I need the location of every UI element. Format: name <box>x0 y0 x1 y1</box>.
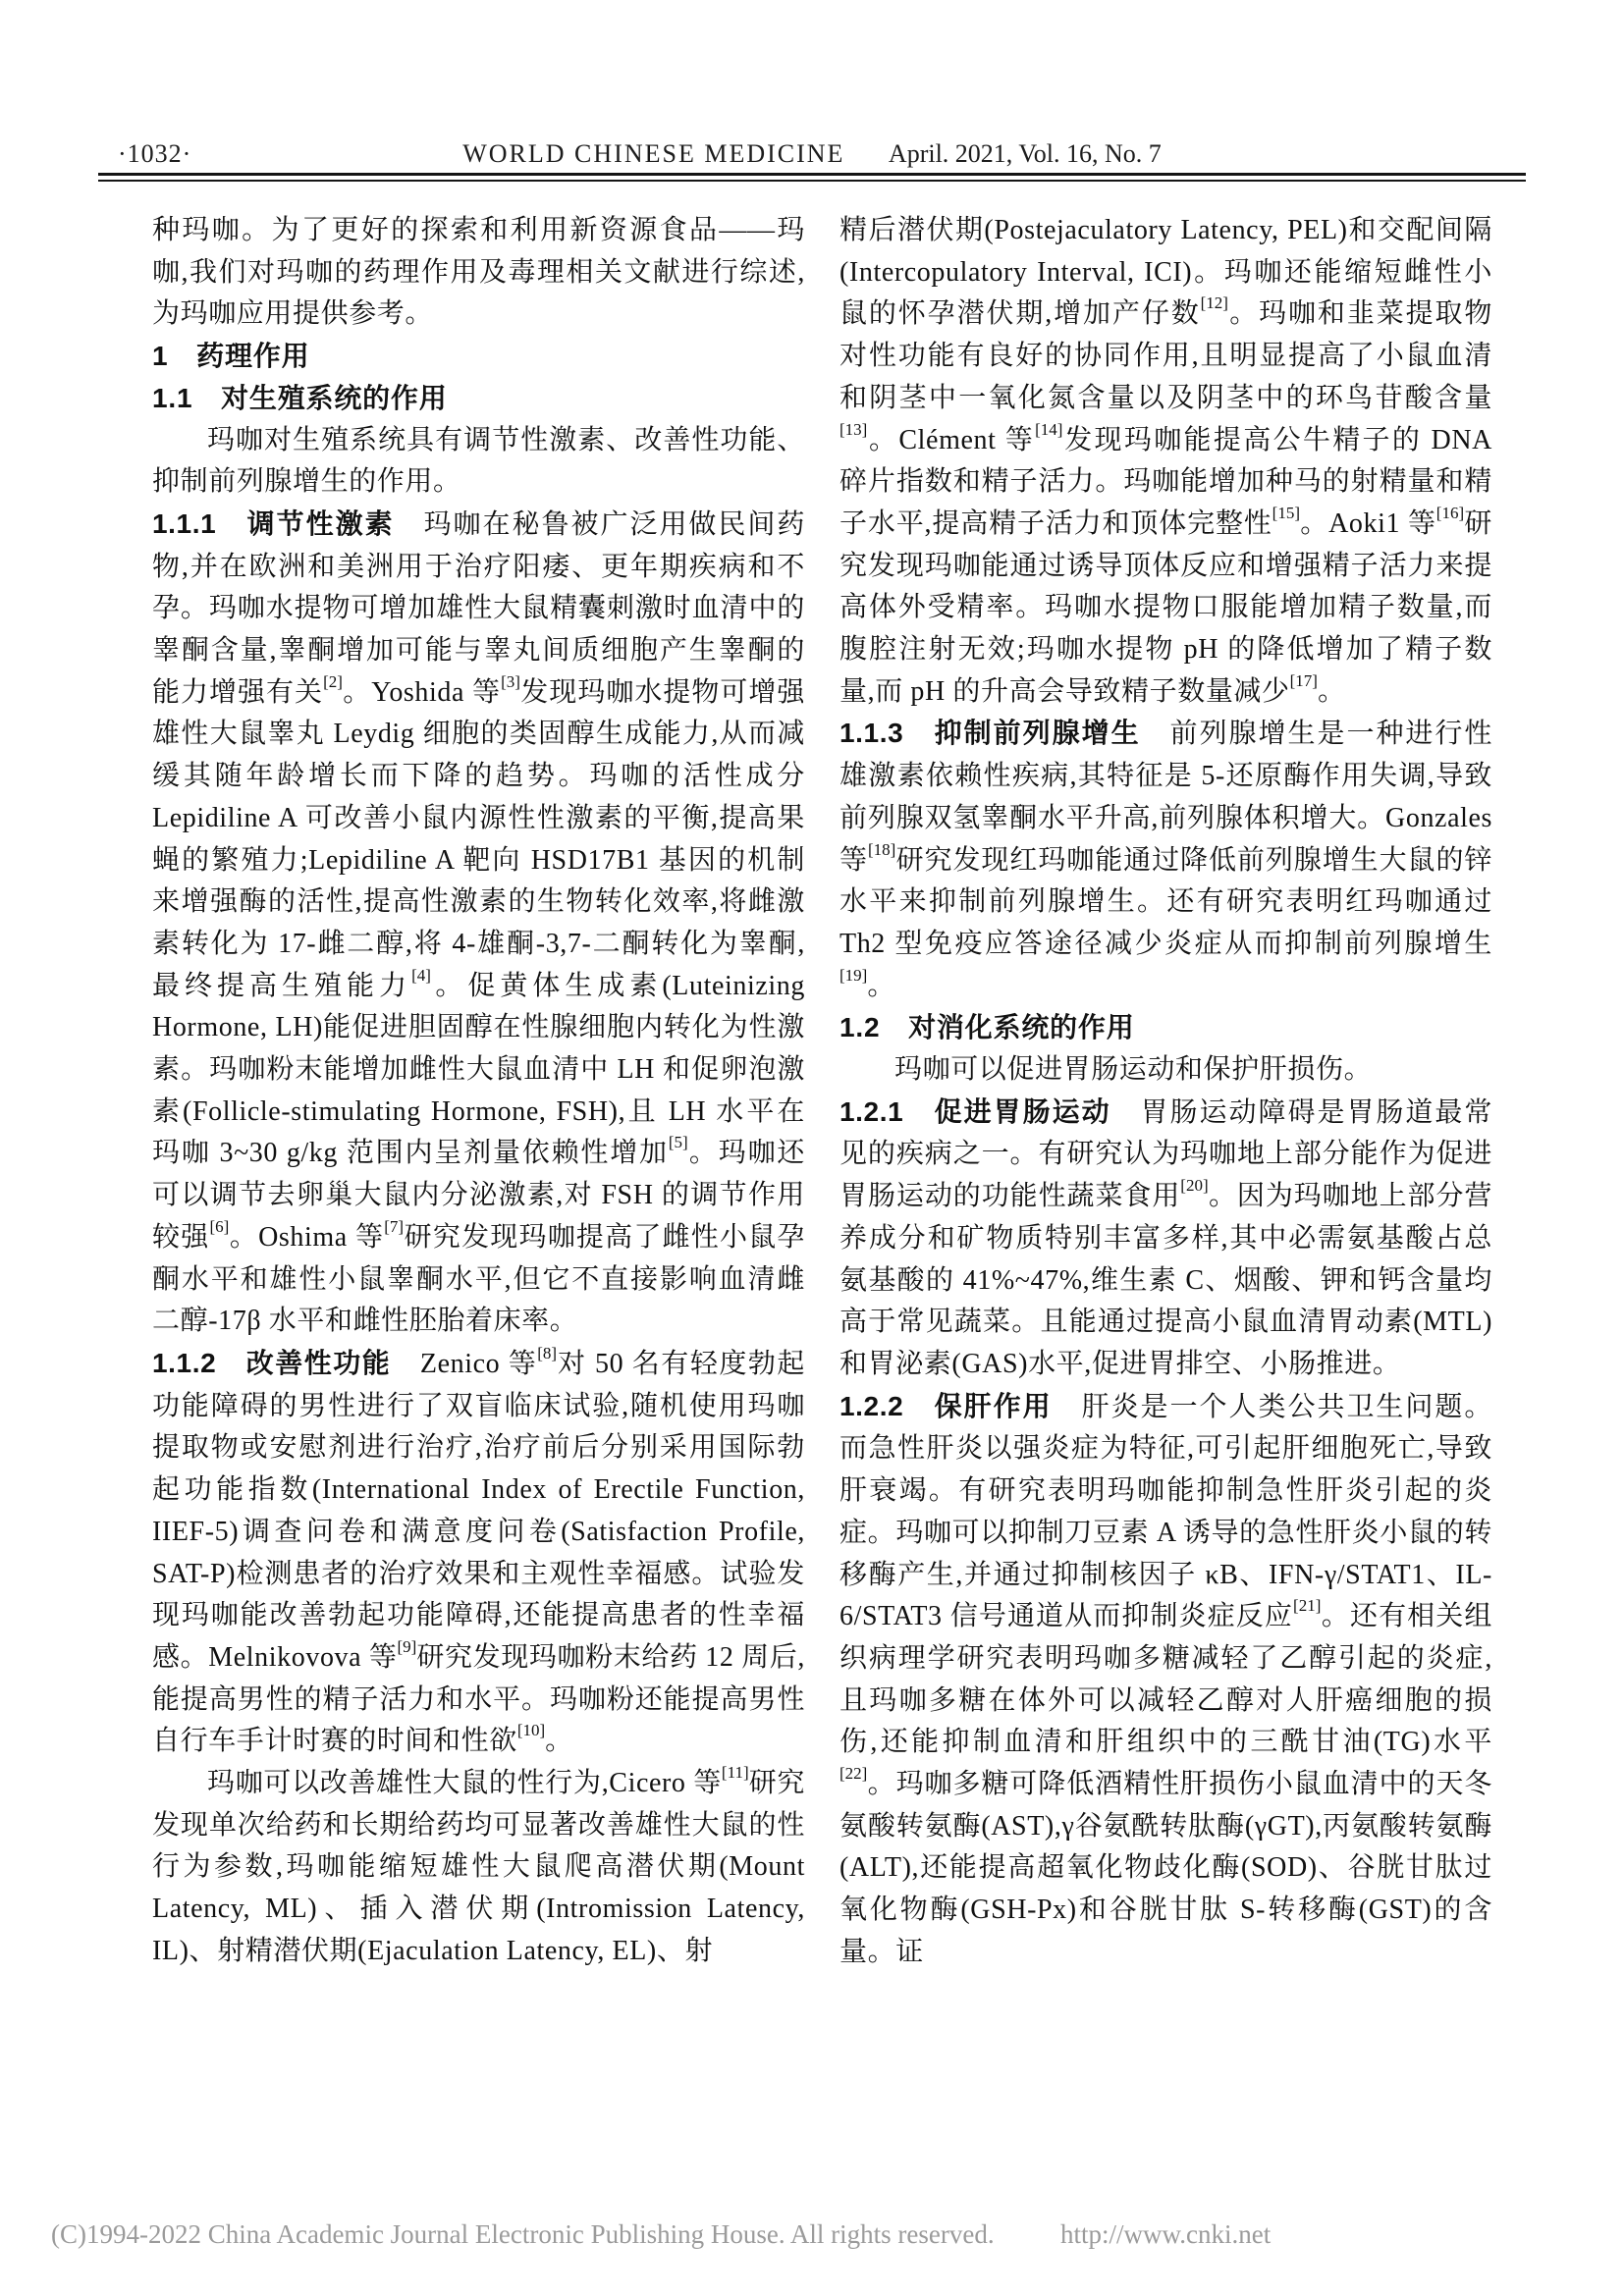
citation-reference: [5] <box>669 1133 688 1151</box>
inline-subsection-heading: 1.2.1 促进胃肠运动 <box>839 1096 1111 1127</box>
paragraph: 玛咖对生殖系统具有调节性激素、改善性功能、抑制前列腺增生的作用。 <box>152 420 805 504</box>
citation-reference: [16] <box>1436 504 1464 522</box>
scanned-paper-page: { "header": { "page_number": "·1032·", "… <box>0 0 1624 2296</box>
paragraph: 1.2.1 促进胃肠运动 胃肠运动障碍是胃肠道最常见的疾病之一。有研究认为玛咖地… <box>839 1092 1492 1386</box>
citation-reference: [14] <box>1035 420 1062 439</box>
inline-subsection-heading: 1.2.2 保肝作用 <box>839 1391 1053 1421</box>
citation-reference: [9] <box>397 1637 416 1656</box>
citation-reference: [22] <box>839 1764 867 1783</box>
journal-title: WORLD CHINESE MEDICINE <box>462 139 844 168</box>
citation-reference: [8] <box>537 1344 557 1362</box>
citation-reference: [11] <box>722 1763 749 1782</box>
paragraph: 种玛咖。为了更好的探索和利用新资源食品——玛咖,我们对玛咖的药理作用及毒理相关文… <box>152 210 805 336</box>
paragraph: 1.2.2 保肝作用 肝炎是一个人类公共卫生问题。而急性肝炎以强炎症为特征,可引… <box>839 1386 1492 1974</box>
footer-url: http://www.cnki.net <box>1060 2215 1271 2254</box>
paragraph: 玛咖可以改善雄性大鼠的性行为,Cicero 等[11]研究发现单次给药和长期给药… <box>152 1763 805 1973</box>
citation-reference: [10] <box>517 1721 545 1739</box>
section-heading: 1 药理作用 <box>152 336 805 378</box>
footer-copyright: (C)1994-2022 China Academic Journal Elec… <box>51 2215 995 2254</box>
paragraph: 1.1.3 抑制前列腺增生 前列腺增生是一种进行性雄激素依赖性疾病,其特征是 5… <box>839 713 1492 1007</box>
header-divider-rule <box>98 173 1526 182</box>
citation-reference: [18] <box>868 840 895 859</box>
section-heading: 1.1 对生殖系统的作用 <box>152 378 805 420</box>
citation-reference: [12] <box>1201 294 1228 312</box>
citation-reference: [20] <box>1180 1176 1208 1195</box>
left-column: 种玛咖。为了更好的探索和利用新资源食品——玛咖,我们对玛咖的药理作用及毒理相关文… <box>152 210 805 2154</box>
citation-reference: [21] <box>1293 1596 1321 1615</box>
citation-reference: [6] <box>209 1217 229 1236</box>
right-column: 精后潜伏期(Postejaculatory Latency, PEL)和交配间隔… <box>839 210 1492 2154</box>
journal-header-line: WORLD CHINESE MEDICINE April. 2021, Vol.… <box>98 137 1526 171</box>
paragraph: 1.1.2 改善性功能 Zenico 等[8]对 50 名有轻度勃起功能障碍的男… <box>152 1343 805 1763</box>
citation-reference: [17] <box>1290 671 1318 690</box>
page-header: ·1032· WORLD CHINESE MEDICINE April. 202… <box>98 137 1526 171</box>
page-footer: (C)1994-2022 China Academic Journal Elec… <box>0 2215 1624 2254</box>
citation-reference: [13] <box>839 420 867 439</box>
inline-subsection-heading: 1.1.1 调节性激素 <box>152 508 395 539</box>
citation-reference: [7] <box>384 1217 404 1236</box>
citation-reference: [4] <box>411 966 431 985</box>
citation-reference: [3] <box>501 672 520 691</box>
section-heading: 1.2 对消化系统的作用 <box>839 1007 1492 1049</box>
citation-reference: [2] <box>323 672 343 691</box>
citation-reference: [15] <box>1272 504 1300 522</box>
citation-reference: [19] <box>839 966 867 985</box>
inline-subsection-heading: 1.1.2 改善性功能 <box>152 1348 391 1378</box>
paragraph: 玛咖可以促进胃肠运动和保护肝损伤。 <box>839 1049 1492 1092</box>
paragraph: 1.1.1 调节性激素 玛咖在秘鲁被广泛用做民间药物,并在欧洲和美洲用于治疗阳痿… <box>152 504 805 1343</box>
paragraph: 精后潜伏期(Postejaculatory Latency, PEL)和交配间隔… <box>839 210 1492 713</box>
issue-info: April. 2021, Vol. 16, No. 7 <box>889 139 1162 168</box>
inline-subsection-heading: 1.1.3 抑制前列腺增生 <box>839 718 1141 748</box>
article-body: 种玛咖。为了更好的探索和利用新资源食品——玛咖,我们对玛咖的药理作用及毒理相关文… <box>152 210 1492 2154</box>
